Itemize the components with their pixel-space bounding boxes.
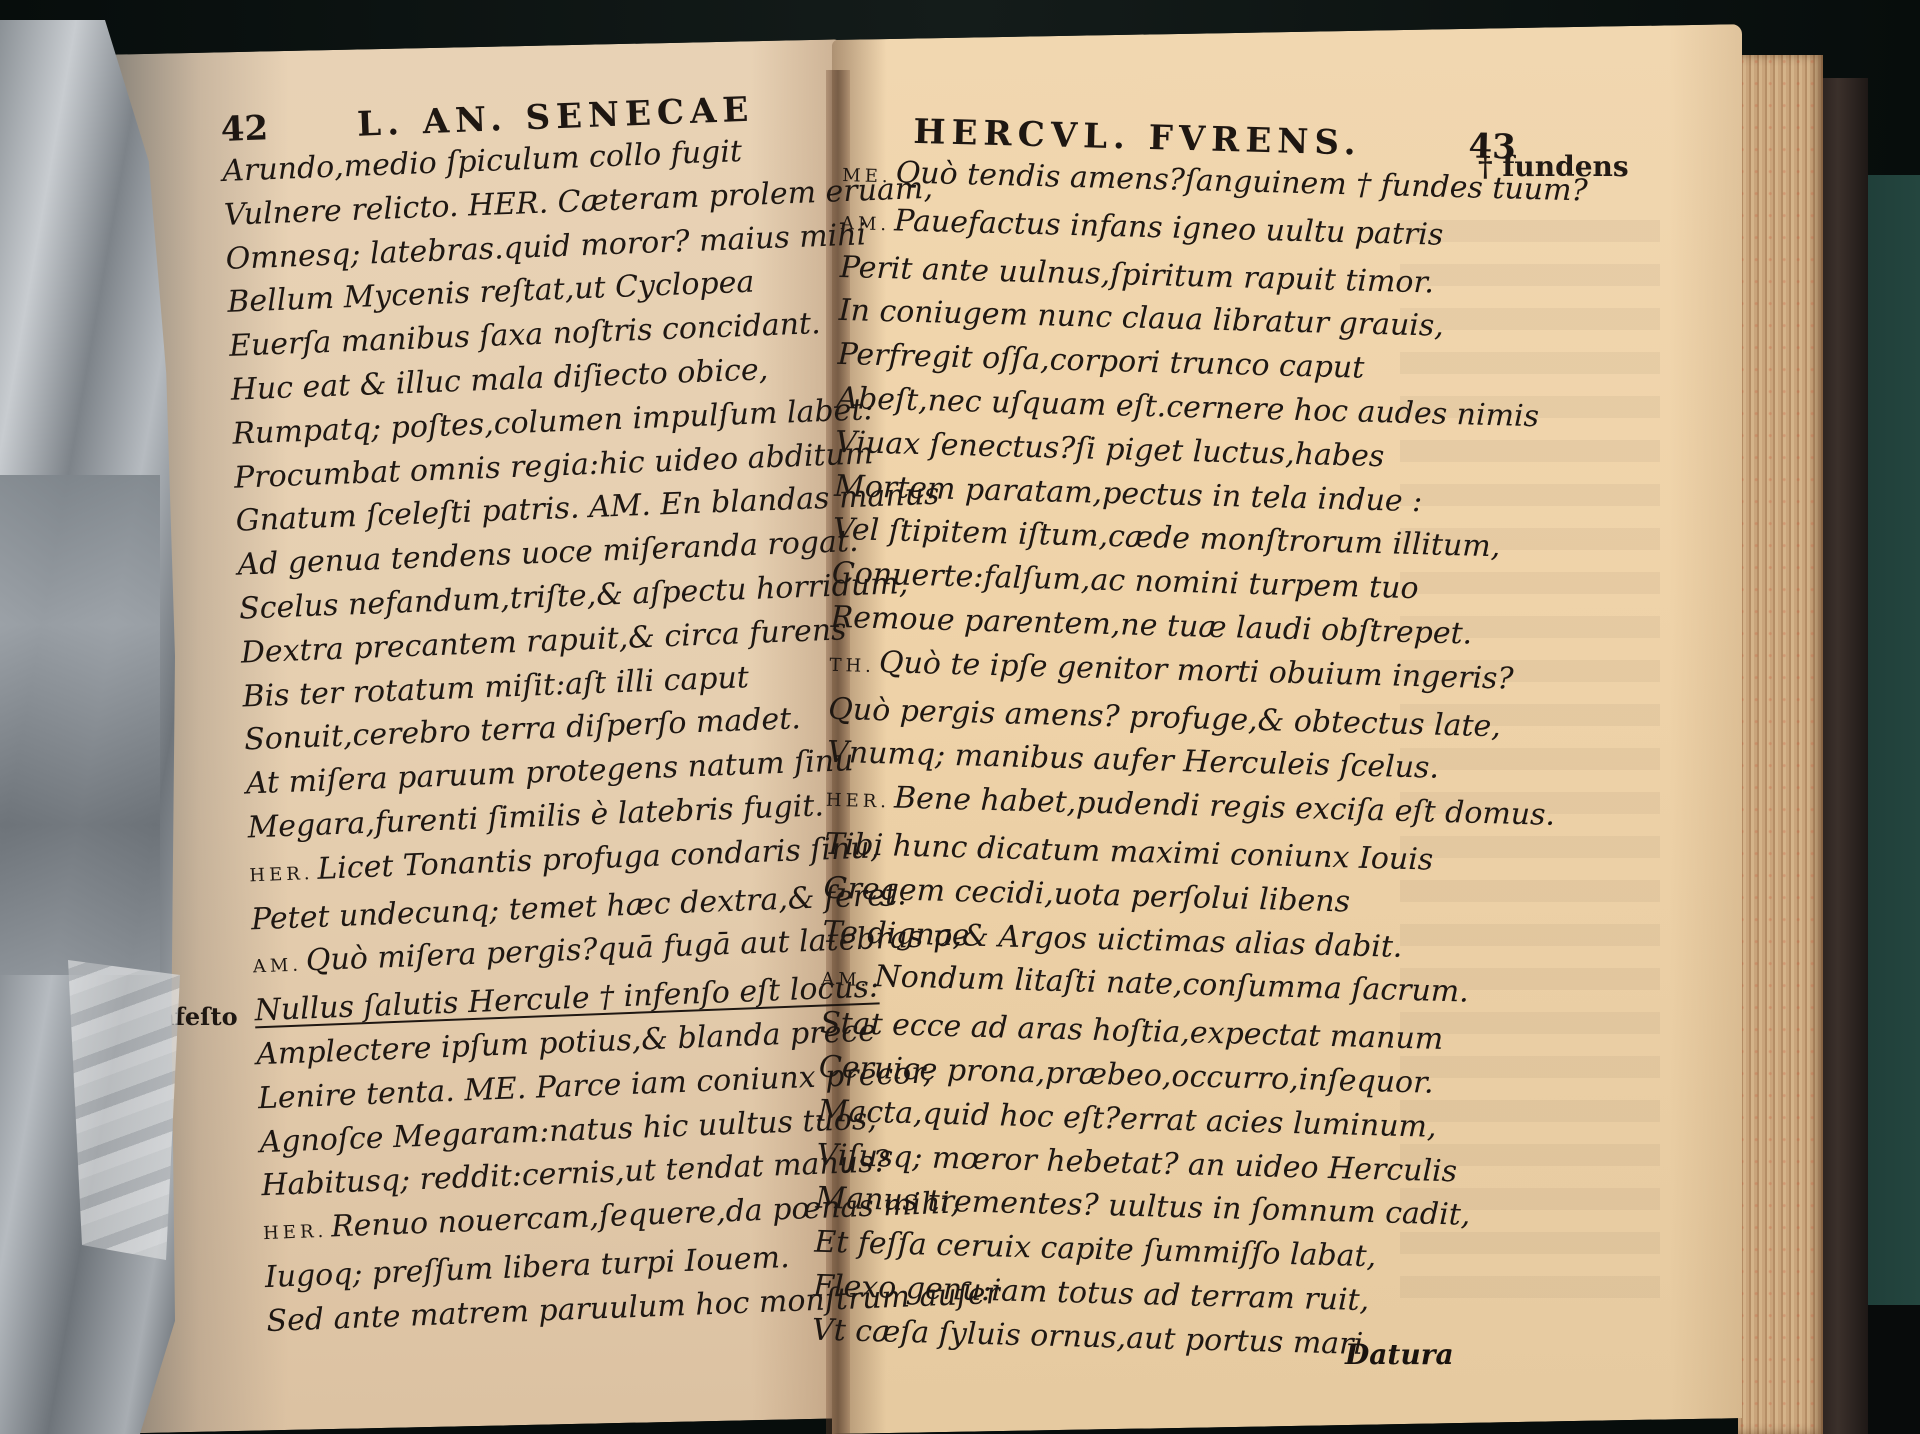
left-verse-lines: Arundo,medio ſpiculum collo fugitVulnere…	[222, 125, 907, 1343]
speaker-label: TH.	[829, 655, 875, 677]
right-margin-note: † fundens	[1478, 150, 1629, 183]
catchword: Datura	[1345, 1338, 1454, 1371]
book-cover-right	[1818, 78, 1868, 1434]
speaker-label: AM.	[821, 969, 871, 991]
tape-band	[0, 475, 160, 975]
left-page-text: 42 L. AN. SENECAE Arundo,medio ſpiculum …	[220, 85, 907, 1343]
speaker-label: AM.	[841, 213, 891, 235]
left-page-number: 42	[220, 108, 269, 150]
right-verse-lines: ME.Quò tendis amens?ſanguinem † fundes t…	[811, 150, 1562, 1371]
speaker-label: HER.	[249, 863, 314, 886]
right-page-text: HERCVL. FVRENS. 43 ME.Quò tendis amens?ſ…	[811, 110, 1563, 1371]
speaker-label: AM.	[253, 955, 303, 978]
speaker-label: ME.	[842, 165, 892, 187]
photo-scene: 42 L. AN. SENECAE Arundo,medio ſpiculum …	[0, 0, 1920, 1434]
speaker-label: HER.	[826, 790, 891, 813]
page-edges-sprinkled	[1738, 55, 1823, 1434]
speaker-label: HER.	[263, 1221, 328, 1244]
